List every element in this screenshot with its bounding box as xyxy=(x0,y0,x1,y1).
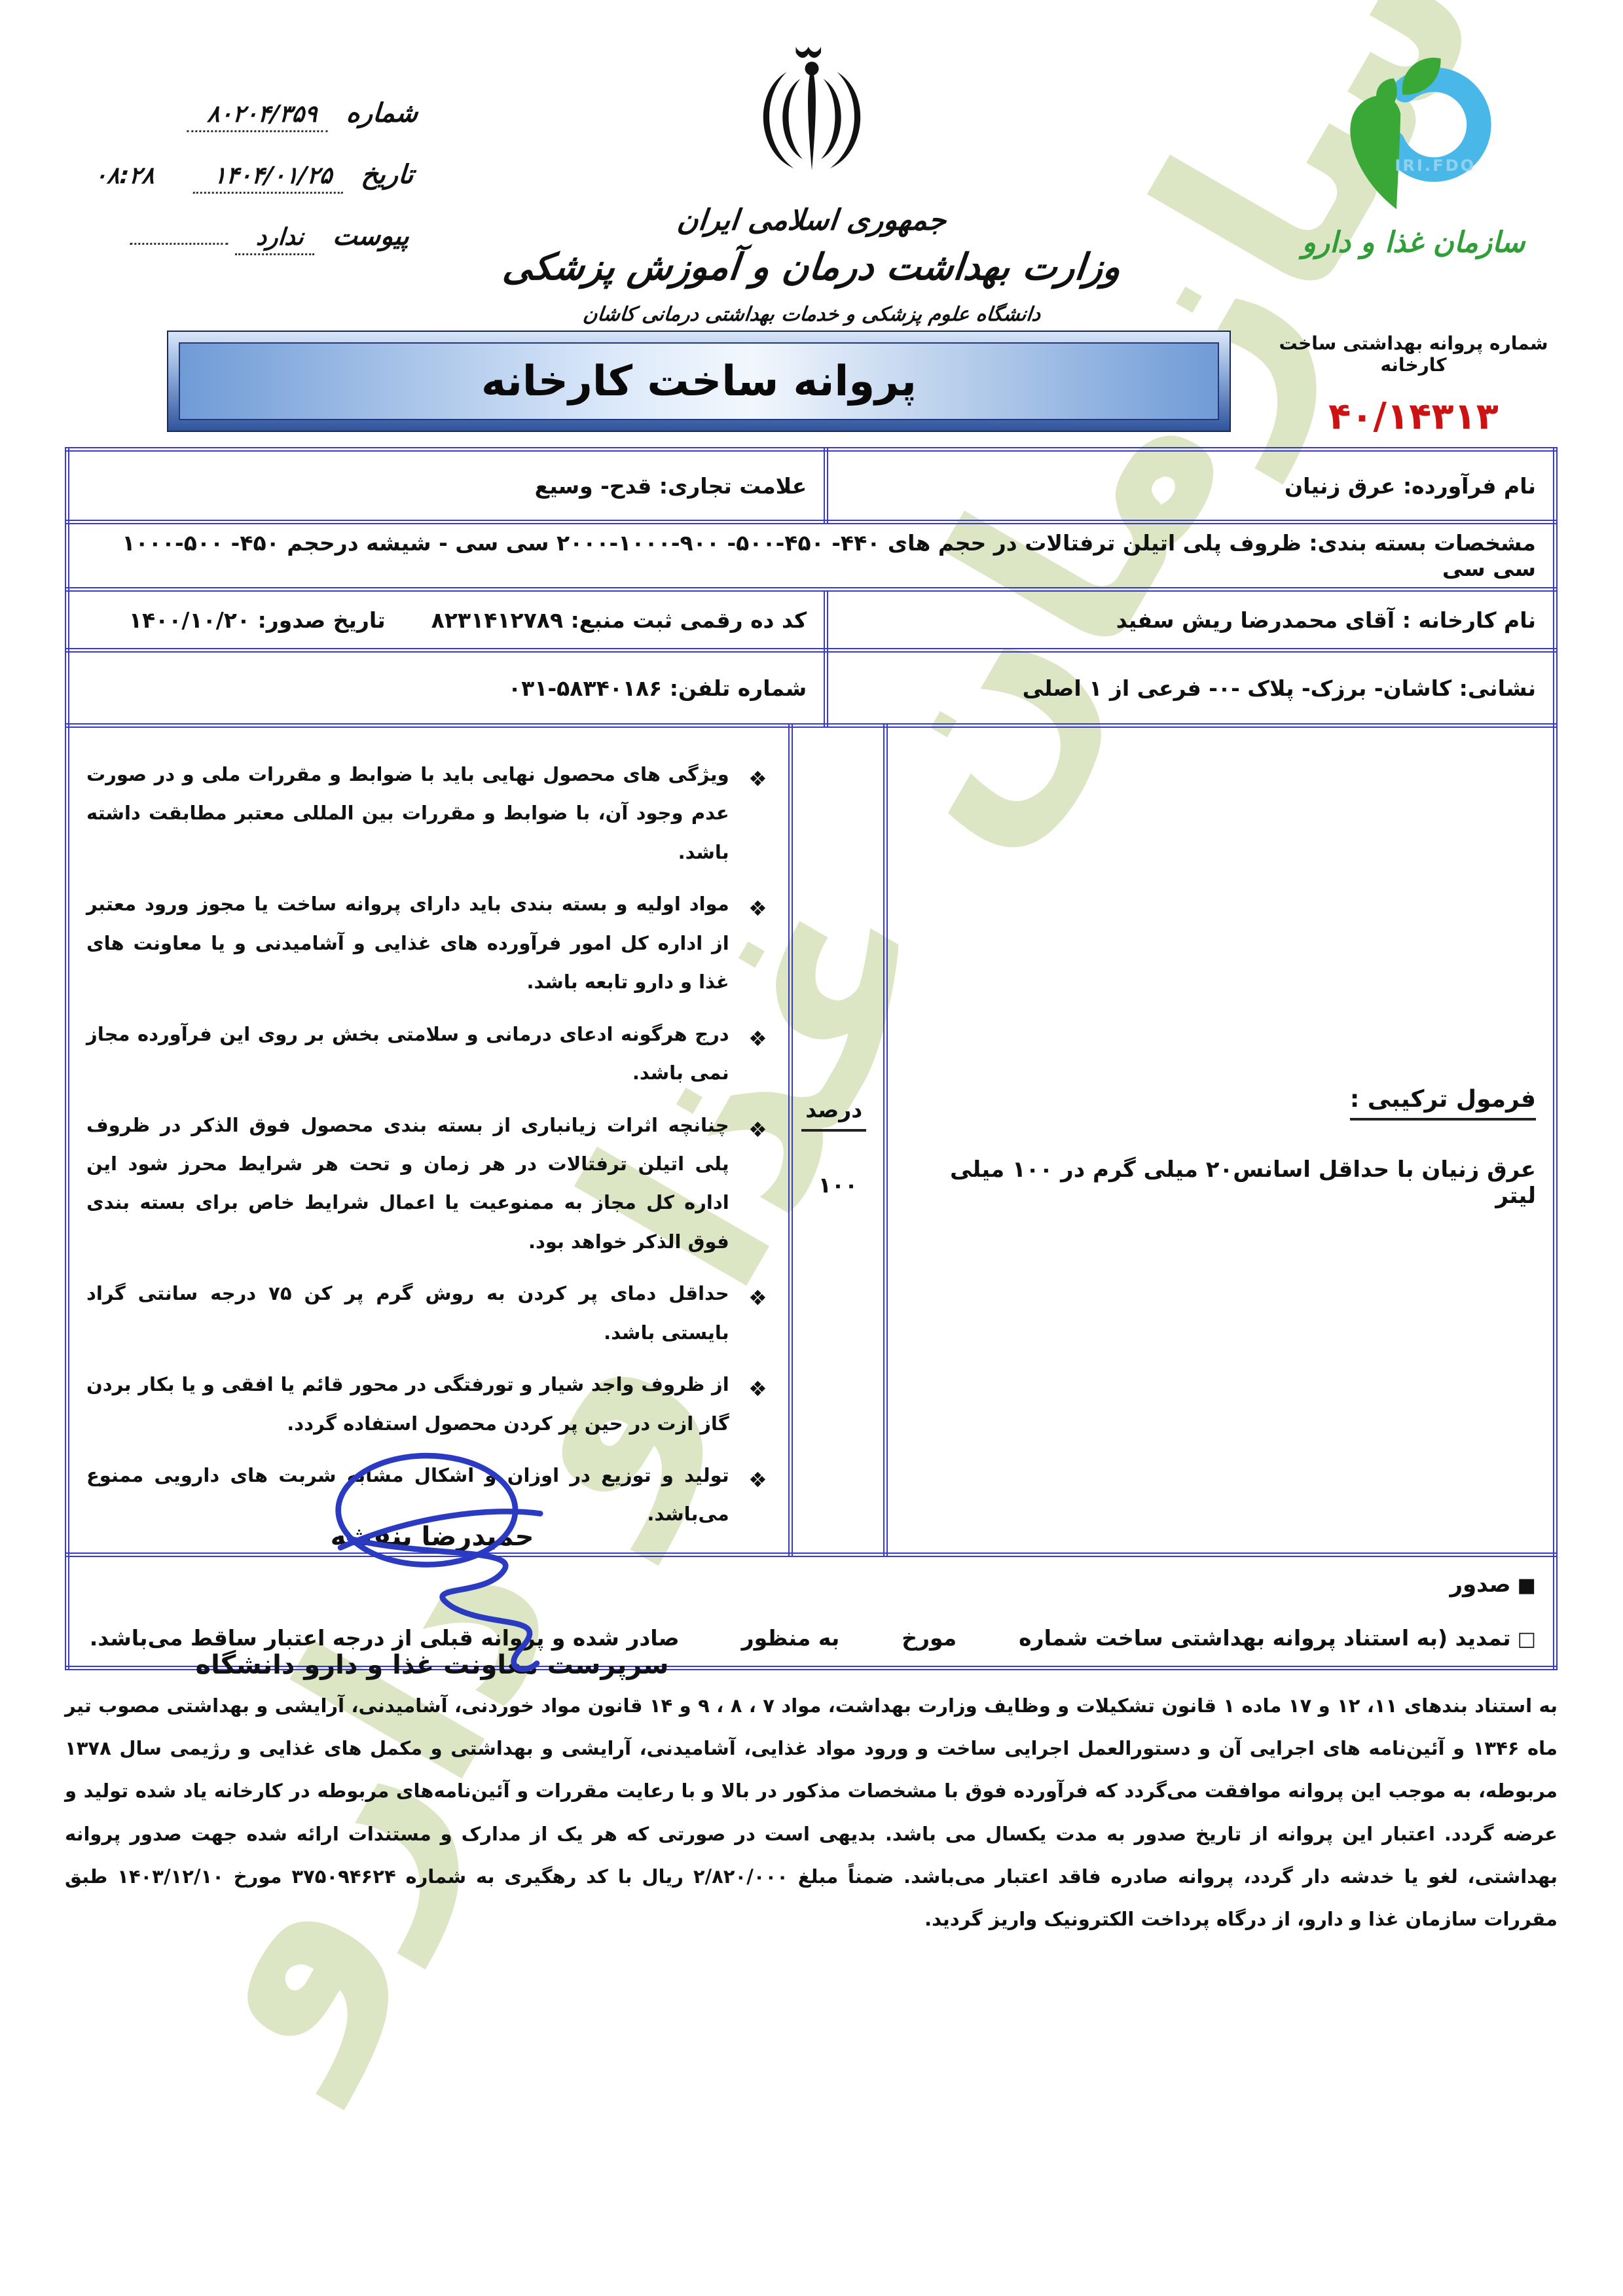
license-number-value: ۴۰/۱۴۳۱۳ xyxy=(1243,395,1584,438)
signature-block: حمیدرضا بنفشه سرپرست معاونت غذا و دارو د… xyxy=(164,1492,701,1680)
factory-name-cell: نام کارخانه : آقای محمدرضا ریش سفید xyxy=(826,590,1556,651)
factory-name: نام کارخانه : آقای محمدرضا ریش سفید xyxy=(1116,607,1536,633)
address-cell: نشانی: کاشان- برزک- پلاک -۰- فرعی از ۱ ا… xyxy=(826,651,1556,726)
formula-cell: فرمول ترکیبی : عرق زنیان با حداقل اسانس۲… xyxy=(886,726,1556,1555)
number-value: ۸۰۲۰۴/۳۵۹ xyxy=(187,101,330,132)
date-value: ۱۴۰۴/۰۱/۲۵ xyxy=(193,162,345,194)
table-row: نام کارخانه : آقای محمدرضا ریش سفید کد د… xyxy=(67,590,1556,651)
license-table-top: نام فرآورده: عرق زنیان علامت تجاری: قدح-… xyxy=(65,447,1558,728)
renewal-text-1: تمدید (به استناد پروانه بهداشتی ساخت شما… xyxy=(1019,1625,1511,1651)
note-text: چنانچه اثرات زیانباری از بسته بندی محصول… xyxy=(86,1114,729,1253)
fdo-logo-text: IRI.FDO xyxy=(1395,156,1476,175)
diamond-bullet-icon: ❖ xyxy=(748,1277,767,1320)
license-table-formula: فرمول ترکیبی : عرق زنیان با حداقل اسانس۲… xyxy=(65,723,1558,1557)
attachment-value: ندارد xyxy=(236,224,317,255)
source-code-cell: کد ده رقمی ثبت منبع: ۸۲۳۱۴۱۲۷۸۹تاریخ صدو… xyxy=(67,590,826,651)
phone-cell: شماره تلفن: ۵۸۳۴۰۱۸۶-۰۳۱ xyxy=(67,651,826,726)
note-text: حداقل دمای پر کردن به روش گرم پر کن ۷۵ د… xyxy=(86,1282,729,1343)
packaging-cell: مشخصات بسته بندی: ظروف پلی اتیلن ترفتالا… xyxy=(67,522,1556,590)
renewal-dated-label: مورخ xyxy=(902,1625,957,1651)
renewal-purpose-label: به منظور xyxy=(742,1625,840,1651)
legal-paragraph: به استناد بندهای ۱۱، ۱۲ و ۱۷ ماده ۱ قانو… xyxy=(65,1685,1558,1941)
trademark: علامت تجاری: قدح- وسیع xyxy=(535,473,807,499)
dotted-leader xyxy=(130,223,229,245)
republic-title: جمهوری اسلامی ایران xyxy=(489,204,1134,237)
notes-cell: ❖ویژگی های محصول نهایی باید با ضوابط و م… xyxy=(67,726,791,1555)
packaging-spec: مشخصات بسته بندی: ظروف پلی اتیلن ترفتالا… xyxy=(122,530,1536,581)
time-value: ۰۸:۲۸ xyxy=(94,162,156,189)
table-row: فرمول ترکیبی : عرق زنیان با حداقل اسانس۲… xyxy=(67,726,1556,1555)
product-name-cell: نام فرآورده: عرق زنیان xyxy=(826,450,1556,522)
fdo-logo-icon: IRI.FDO xyxy=(1332,51,1495,218)
attachment-label: پیوست xyxy=(332,221,410,251)
diamond-bullet-icon: ❖ xyxy=(748,1018,767,1061)
title-banner: پروانه ساخت کارخانه xyxy=(167,331,1231,432)
unchecked-checkbox-icon: □ xyxy=(1518,1628,1536,1651)
diamond-bullet-icon: ❖ xyxy=(748,758,767,801)
list-item: ❖ویژگی های محصول نهایی باید با ضوابط و م… xyxy=(86,755,771,872)
issued-label: صدور xyxy=(1450,1571,1510,1598)
title-banner-inner: پروانه ساخت کارخانه xyxy=(179,342,1219,420)
number-label: شماره xyxy=(346,98,419,128)
letter-meta-block: شماره ۸۰۲۰۴/۳۵۹ تاریخ ۱۴۰۴/۰۱/۲۵ ۰۸:۲۸ پ… xyxy=(39,98,419,283)
fdo-organization-name: سازمان غذا و دارو xyxy=(1243,226,1584,259)
percent-label: درصد xyxy=(801,1097,866,1132)
table-row: نشانی: کاشان- برزک- پلاک -۰- فرعی از ۱ ا… xyxy=(67,651,1556,726)
formula-label: فرمول ترکیبی : xyxy=(1350,1086,1536,1121)
page-title: پروانه ساخت کارخانه xyxy=(481,357,917,406)
date-label: تاریخ xyxy=(360,160,414,190)
diamond-bullet-icon: ❖ xyxy=(748,1368,767,1411)
diamond-bullet-icon: ❖ xyxy=(748,1109,767,1152)
trademark-cell: علامت تجاری: قدح- وسیع xyxy=(67,450,826,522)
note-text: مواد اولیه و بسته بندی باید دارای پروانه… xyxy=(86,893,729,993)
checked-checkbox-icon: ■ xyxy=(1518,1574,1536,1597)
table-row: مشخصات بسته بندی: ظروف پلی اتیلن ترفتالا… xyxy=(67,522,1556,590)
percent-cell: درصد ۱۰۰ xyxy=(790,726,885,1555)
issue-date: تاریخ صدور: ۱۴۰۰/۱۰/۲۰ xyxy=(129,607,386,633)
source-code: کد ده رقمی ثبت منبع: ۸۲۳۱۴۱۲۷۸۹ xyxy=(431,607,807,633)
list-item: ❖چنانچه اثرات زیانباری از بسته بندی محصو… xyxy=(86,1106,771,1262)
phone-number: شماره تلفن: ۵۸۳۴۰۱۸۶-۰۳۱ xyxy=(508,675,807,701)
note-text: از ظروف واجد شیار و تورفتگی در محور قائم… xyxy=(86,1373,729,1434)
product-name: نام فرآورده: عرق زنیان xyxy=(1285,473,1536,499)
meta-number-line: شماره ۸۰۲۰۴/۳۵۹ xyxy=(50,98,419,128)
note-text: درج هرگونه ادعای درمانی و سلامتی بخش بر … xyxy=(86,1023,729,1084)
handwritten-signature xyxy=(282,1446,622,1721)
meta-attachment-line: پیوست ندارد xyxy=(41,221,410,251)
university-title: دانشگاه علوم پزشکی و خدمات بهداشتی درمان… xyxy=(490,303,1134,326)
iran-emblem-icon xyxy=(743,36,881,200)
percent-value: ۱۰۰ xyxy=(810,1172,866,1198)
ministry-title: وزارت بهداشت درمان و آموزش پزشکی xyxy=(488,246,1135,289)
list-item: ❖حداقل دمای پر کردن به روش گرم پر کن ۷۵ … xyxy=(86,1274,771,1352)
fdo-header: IRI.FDO سازمان غذا و دارو شماره پروانه ب… xyxy=(1243,51,1584,438)
diamond-bullet-icon: ❖ xyxy=(748,1459,767,1502)
formula-value: عرق زنیان با حداقل اسانس۲۰ میلی گرم در ۱… xyxy=(905,1157,1536,1209)
factory-address: نشانی: کاشان- برزک- پلاک -۰- فرعی از ۱ ا… xyxy=(1023,675,1536,701)
meta-date-line: تاریخ ۱۴۰۴/۰۱/۲۵ ۰۸:۲۸ xyxy=(46,160,414,190)
license-document-page: سازمان غذا و دارو شماره ۸۰۲۰۴/۳۵۹ تاریخ … xyxy=(0,0,1623,2296)
list-item: ❖مواد اولیه و بسته بندی باید دارای پروان… xyxy=(86,885,771,1001)
license-number-label: شماره پروانه بهداشتی ساخت کارخانه xyxy=(1243,332,1584,376)
table-row: نام فرآورده: عرق زنیان علامت تجاری: قدح-… xyxy=(67,450,1556,522)
list-item: ❖درج هرگونه ادعای درمانی و سلامتی بخش بر… xyxy=(86,1015,771,1093)
note-text: ویژگی های محصول نهایی باید با ضوابط و مق… xyxy=(86,763,729,863)
ministry-header: جمهوری اسلامی ایران وزارت بهداشت درمان و… xyxy=(491,36,1133,326)
diamond-bullet-icon: ❖ xyxy=(748,888,767,931)
document-content: شماره ۸۰۲۰۴/۳۵۹ تاریخ ۱۴۰۴/۰۱/۲۵ ۰۸:۲۸ پ… xyxy=(0,0,1623,2296)
list-item: ❖از ظروف واجد شیار و تورفتگی در محور قائ… xyxy=(86,1365,771,1443)
